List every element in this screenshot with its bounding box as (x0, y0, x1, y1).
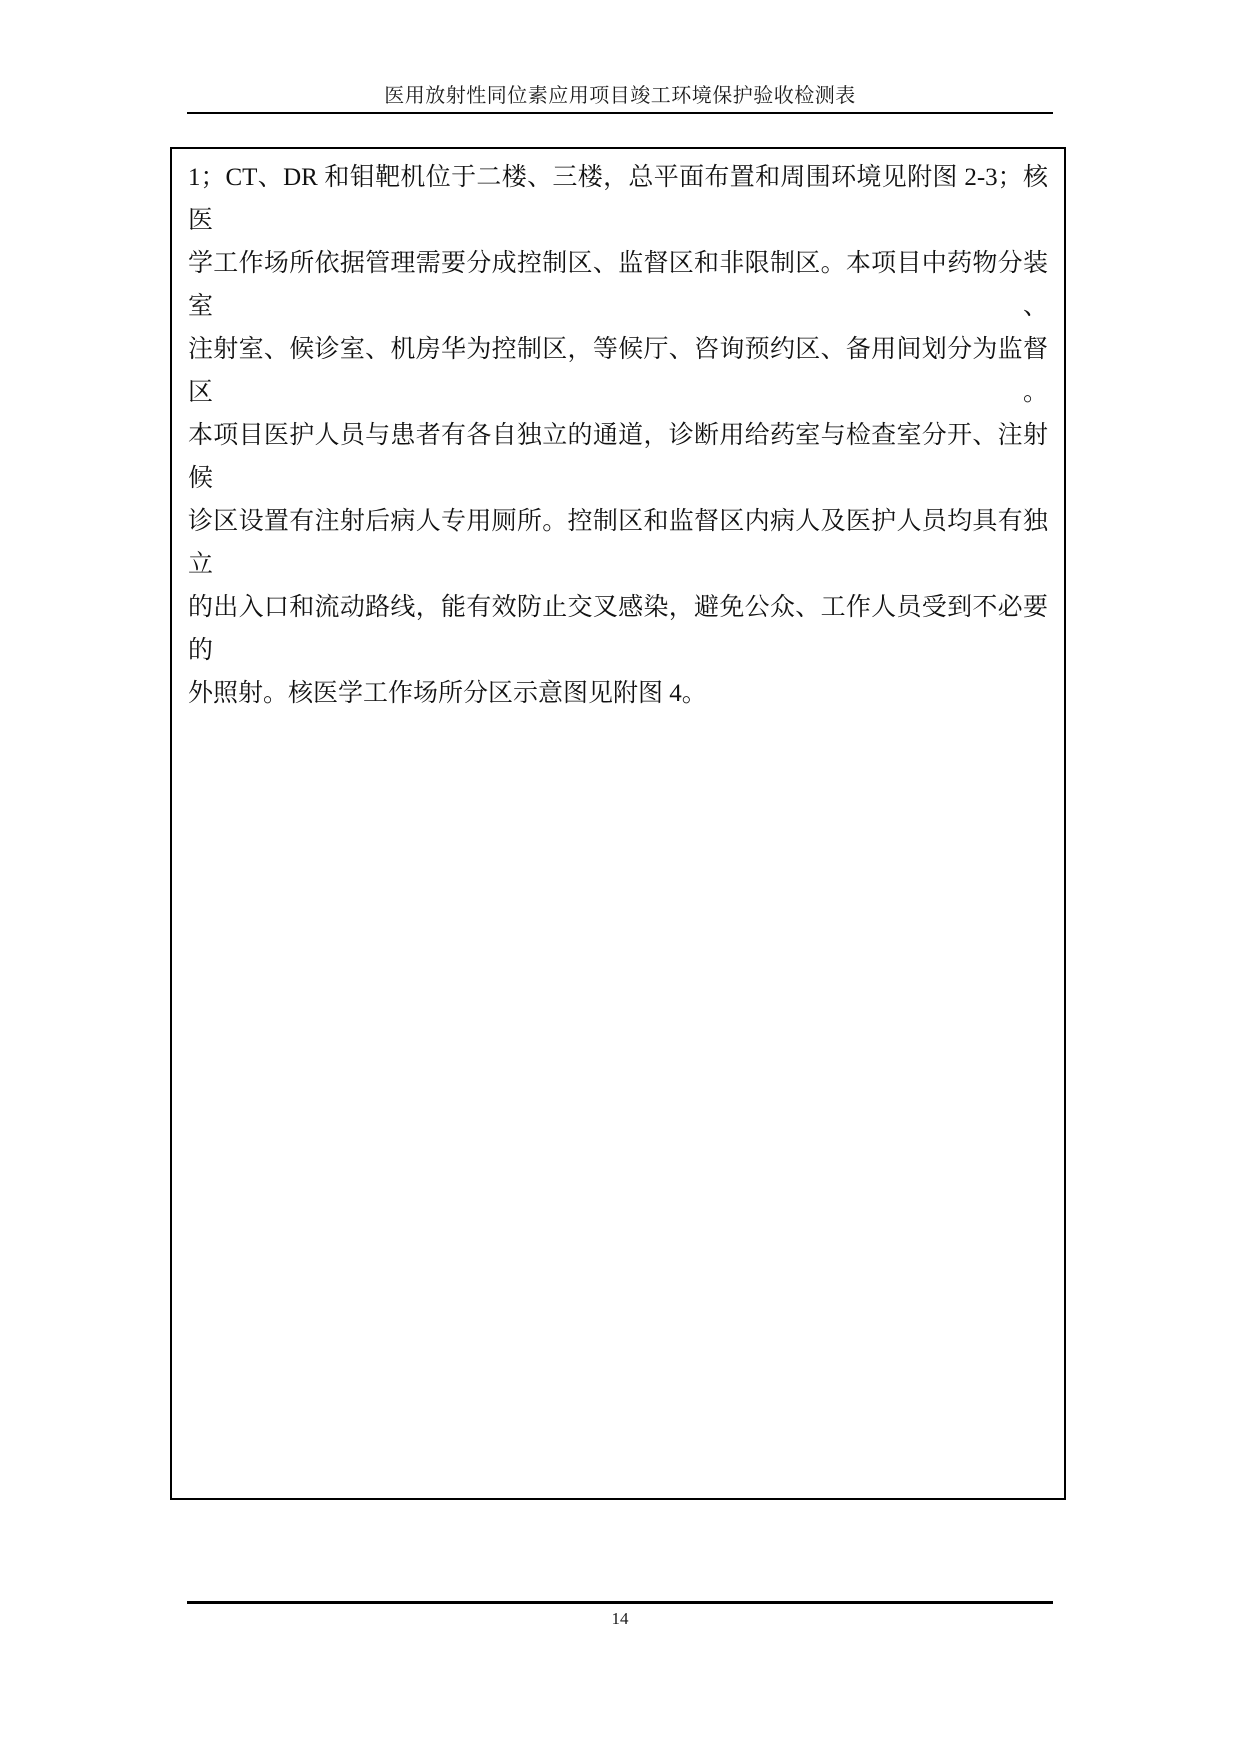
page-number: 14 (0, 1609, 1240, 1629)
paragraph-line: 外照射。核医学工作场所分区示意图见附图 4。 (188, 672, 1048, 715)
paragraph-line: 本项目医护人员与患者有各自独立的通道，诊断用给药室与检查室分开、注射候 (188, 414, 1048, 500)
page-header: 医用放射性同位素应用项目竣工环境保护验收检测表 (0, 0, 1240, 114)
paragraph-line: 诊区设置有注射后病人专用厕所。控制区和监督区内病人及医护人员均具有独立 (188, 500, 1048, 586)
paragraph-line: 注射室、候诊室、机房华为控制区，等候厅、咨询预约区、备用间划分为监督区。 (188, 328, 1048, 414)
document-page: 医用放射性同位素应用项目竣工环境保护验收检测表 1；CT、DR 和钼靶机位于二楼… (0, 0, 1240, 1754)
header-title: 医用放射性同位素应用项目竣工环境保护验收检测表 (0, 84, 1240, 108)
header-divider (187, 112, 1053, 114)
paragraph-line: 1；CT、DR 和钼靶机位于二楼、三楼，总平面布置和周围环境见附图 2-3；核医 (188, 156, 1048, 242)
footer-divider (187, 1601, 1053, 1604)
content-box: 1；CT、DR 和钼靶机位于二楼、三楼，总平面布置和周围环境见附图 2-3；核医… (170, 147, 1066, 1500)
paragraph-line: 的出入口和流动路线，能有效防止交叉感染，避免公众、工作人员受到不必要的 (188, 586, 1048, 672)
page-footer: 14 (0, 1601, 1240, 1629)
paragraph-line: 学工作场所依据管理需要分成控制区、监督区和非限制区。本项目中药物分装室、 (188, 242, 1048, 328)
